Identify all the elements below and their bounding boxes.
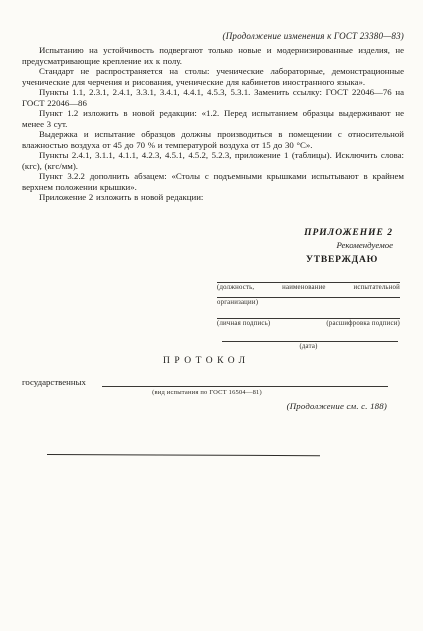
approve-heading: УТВЕРЖДАЮ: [306, 255, 378, 265]
continuation-note: (Продолжение см. с. 188): [287, 401, 387, 411]
form-caption-position: (должность, наименование испытательной: [217, 284, 400, 292]
bottom-divider: [47, 454, 320, 456]
body-paragraph-1: Испытанию на устойчивость подвергают тол…: [22, 45, 404, 66]
body-paragraph-3: Пункты 1.1, 2.3.1, 2.4.1, 3.3.1, 3.4.1, …: [22, 87, 404, 108]
header-continuation-note: (Продолжение изменения к ГОСТ 23380—83): [223, 31, 405, 41]
form-field-line-position: [217, 282, 400, 283]
body-text: Испытанию на устойчивость подвергают тол…: [22, 45, 404, 203]
form-caption-signature: (личная подпись): [217, 320, 270, 328]
form-caption-date: (дата): [217, 343, 400, 351]
subject-caption: (вид испытания по ГОСТ 16504—81): [137, 389, 277, 396]
body-paragraph-2: Стандарт не распространяется на столы: у…: [22, 66, 404, 87]
form-caption-signature-row: (личная подпись) (расшифровка подписи): [217, 320, 400, 328]
appendix-type-label: Рекомендуемое: [304, 240, 393, 250]
subject-blank-line: [102, 386, 388, 387]
form-caption-organization: организации): [217, 299, 400, 307]
body-paragraph-5: Выдержка и испытание образцов должны про…: [22, 129, 404, 150]
form-caption-signature-transcript: (расшифровка подписи): [326, 320, 400, 328]
body-paragraph-6: Пункты 2.4.1, 3.1.1, 4.1.1, 4.2.3, 4.5.1…: [22, 150, 404, 171]
protocol-title: ПРОТОКОЛ: [163, 356, 250, 366]
form-field-line-signature: [217, 318, 400, 319]
body-paragraph-7: Пункт 3.2.2 дополнить абзацем: «Столы с …: [22, 171, 404, 192]
document-page: (Продолжение изменения к ГОСТ 23380—83) …: [0, 0, 423, 631]
form-field-line-organization: [217, 297, 400, 298]
appendix-block: ПРИЛОЖЕНИЕ 2 Рекомендуемое: [304, 228, 393, 250]
body-paragraph-4: Пункт 1.2 изложить в новой редакции: «1.…: [22, 108, 404, 129]
body-paragraph-8: Приложение 2 изложить в новой редакции:: [22, 192, 404, 203]
form-field-line-date: [222, 341, 398, 342]
subject-prefix: государственных: [22, 377, 86, 387]
appendix-label: ПРИЛОЖЕНИЕ 2: [304, 228, 393, 238]
